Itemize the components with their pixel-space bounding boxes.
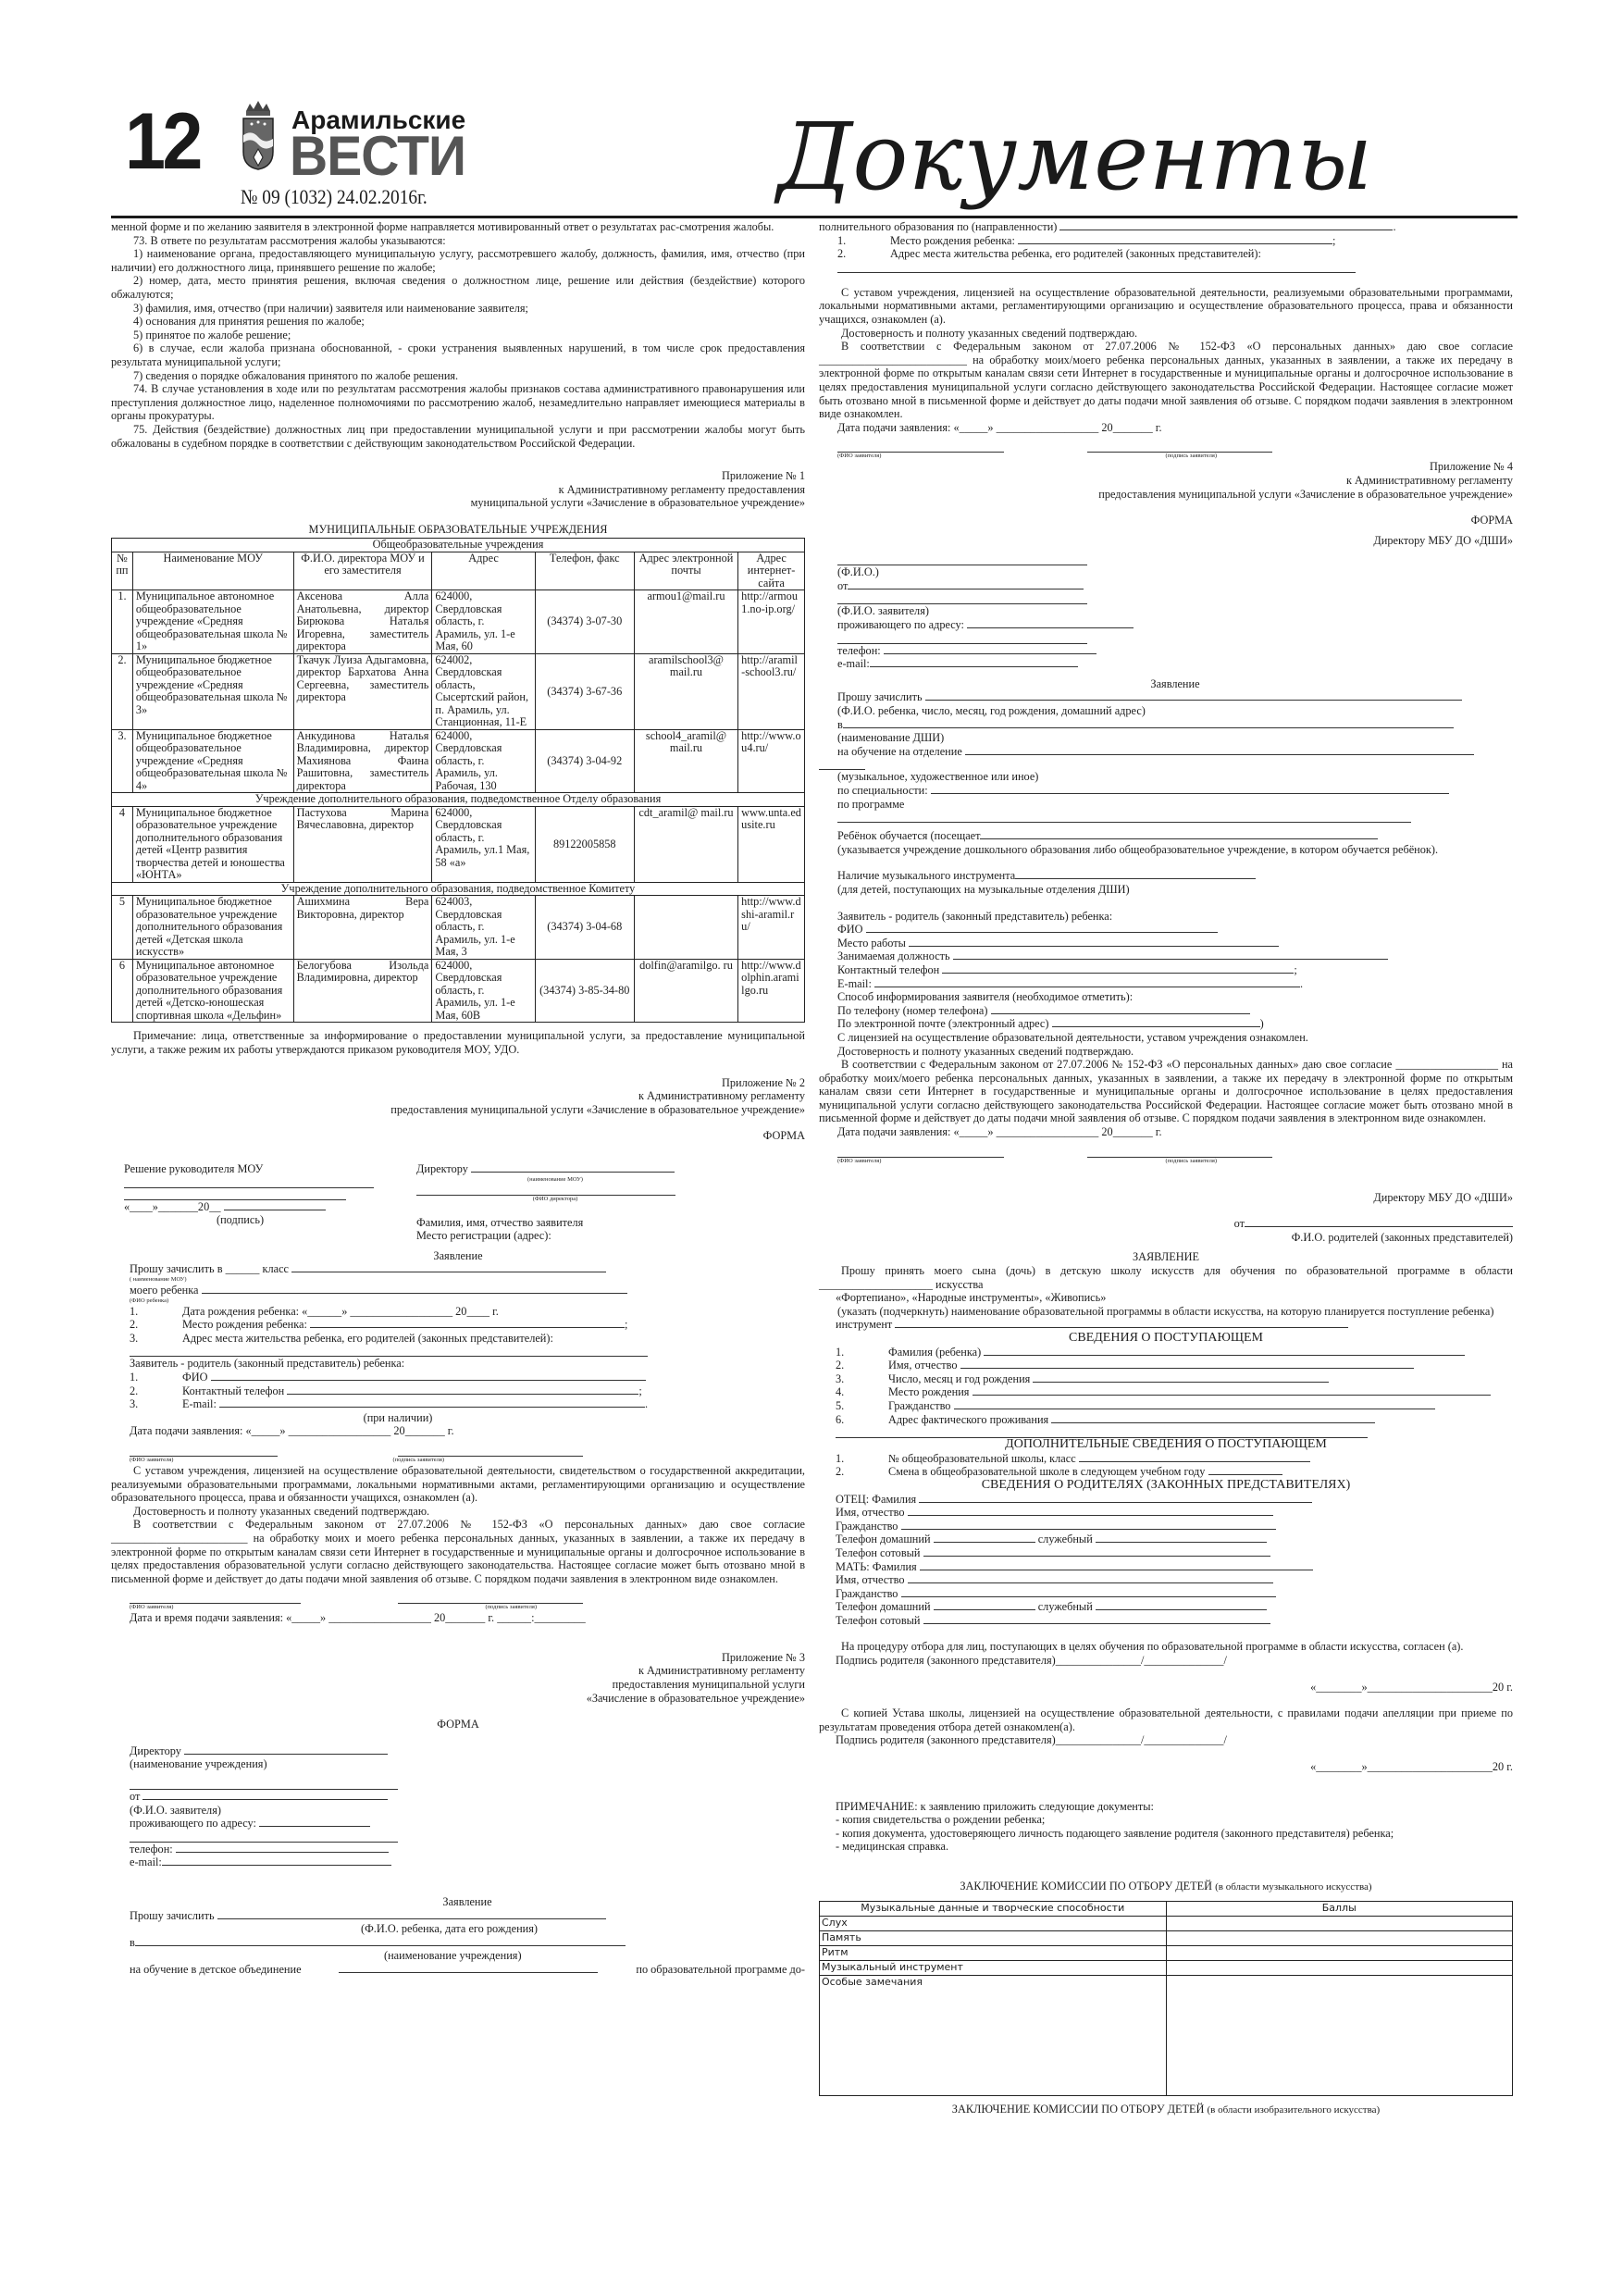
criterion-label: Ритм	[820, 1945, 1167, 1960]
institution-phone: (34374) 3-67-36	[535, 653, 634, 729]
parent-field-input[interactable]	[866, 923, 1218, 933]
app3-address-field[interactable]	[259, 1817, 370, 1827]
my-child-label: моего ребенка	[130, 1284, 198, 1297]
father-field-input[interactable]	[908, 1506, 1273, 1516]
numbered-item: 1.Место рождения ребенка: ;	[837, 234, 1513, 248]
numbered-item: 3.Адрес места жительства ребенка, его ро…	[130, 1332, 805, 1346]
form5-date-1[interactable]: «________»______________________20 г.	[819, 1681, 1513, 1694]
app4-enroll-label: Прошу зачислить	[837, 690, 923, 703]
commission-header-cell: Музыкальные данные и творческие способно…	[820, 1901, 1167, 1916]
form5-programs-caption: (указать (подчеркнуть) наименование обра…	[819, 1305, 1513, 1319]
enroll-mou-field[interactable]	[291, 1262, 606, 1272]
item-field[interactable]	[960, 1359, 1414, 1369]
clause-73: 73. В ответе по результатам рассмотрения…	[111, 234, 805, 248]
app4-submit-date[interactable]: Дата подачи заявления: «_____» _________…	[819, 1125, 1513, 1139]
decision-line-1[interactable]	[124, 1176, 374, 1188]
institution-email[interactable]: school4_aramil@ mail.ru	[634, 729, 737, 793]
app3-address-field-2[interactable]	[130, 1831, 398, 1843]
app4-fio-field[interactable]	[837, 553, 1087, 565]
institution-phone: (34374) 3-04-68	[535, 896, 634, 960]
right-child-items: 1.Место рождения ребенка: ;2.Адрес места…	[819, 234, 1513, 261]
child-fio-field[interactable]	[202, 1284, 627, 1294]
table-header-cell: Ф.И.О. директора МОУ и его заместителя	[293, 552, 432, 590]
institution-address: 624000, Свердловская область, г. Арамиль…	[432, 959, 535, 1023]
item-number: 3.	[130, 1332, 182, 1346]
app4-attends-caption: (указывается учреждение дошкольного обра…	[819, 843, 1513, 857]
father-field-label: Телефон домашний	[836, 1533, 931, 1545]
charter-acknowledgement: С уставом учреждения, лицензией на осуще…	[111, 1464, 805, 1505]
parent-field-input[interactable]	[953, 949, 1388, 960]
form5-date-2[interactable]: «________»______________________20 г.	[819, 1760, 1513, 1774]
item-field[interactable]	[1079, 1452, 1310, 1462]
numbered-item: 6.Адрес фактического проживания	[836, 1413, 1513, 1427]
appendix-4-label: Приложение № 4	[819, 460, 1513, 474]
appendix-4-service: предоставления муниципальной услуги «Зач…	[819, 488, 1513, 502]
numbered-item: 1.Фамилия (ребенка)	[836, 1346, 1513, 1359]
row-number: 1.	[112, 590, 133, 654]
music-commission-title: ЗАКЛЮЧЕНИЕ КОМИССИИ ПО ОТБОРУ ДЕТЕЙ	[960, 1880, 1212, 1893]
item-label: Адрес места жительства ребенка, его роди…	[890, 247, 1261, 260]
app4-sign-line-caption: (подпись заявителя)	[1165, 1158, 1217, 1165]
app4-program-label: по программе	[837, 798, 1513, 812]
appendix-4-form-label: ФОРМА	[819, 514, 1513, 527]
commission-row: Слух	[820, 1916, 1513, 1930]
parent-field-row: ФИО	[837, 923, 1513, 937]
app4-address-field[interactable]	[967, 618, 1134, 628]
numbered-item: 3.E-mail: .	[130, 1397, 805, 1411]
item-number: 2.	[837, 247, 890, 261]
item-number: 2.	[130, 1384, 182, 1398]
item-field[interactable]	[954, 1399, 1435, 1409]
right-submit-date[interactable]: Дата подачи заявления: «_____» _________…	[819, 421, 1513, 435]
commission-header-cell: Баллы	[1166, 1901, 1513, 1916]
item-number: 3.	[130, 1397, 182, 1411]
app4-attends-field[interactable]	[980, 829, 1378, 839]
table-header-cell: Телефон, факс	[535, 552, 634, 590]
father-field-row: ОТЕЦ: Фамилия	[836, 1493, 1513, 1507]
table-header-cell: Адрес электронной почты	[634, 552, 737, 590]
item-label: Адрес фактического проживания	[888, 1413, 1048, 1426]
app4-program-field[interactable]	[837, 811, 1411, 823]
institution-website[interactable]: http://www.dolphin.aramilgo.ru	[738, 959, 805, 1023]
app4-fio-line-caption: (ФИО заявителя)	[837, 1158, 881, 1165]
app4-sign-line[interactable]	[1087, 1146, 1272, 1158]
criterion-label: Память	[820, 1930, 1167, 1945]
form5-extra-title: ДОПОЛНИТЕЛЬНЫЕ СВЕДЕНИЯ О ПОСТУПАЮЩЕМ	[819, 1438, 1513, 1452]
app4-from-label: от	[837, 579, 848, 592]
score-cell[interactable]	[1166, 1960, 1513, 1975]
item-number: 4.	[836, 1385, 888, 1399]
director-fio: Белогубова Изольда Владимировна, директо…	[293, 959, 432, 1023]
score-cell[interactable]	[1166, 1975, 1513, 2095]
newspaper-page: 12 Арамильские ВЕСТИ № 09 (1032) 24.02.2…	[0, 0, 1623, 2296]
clause-73-item: 4) основания для принятия решения по жал…	[111, 315, 805, 329]
item-label: Контактный телефон	[182, 1384, 284, 1397]
commission-row: Музыкальный инструмент	[820, 1960, 1513, 1975]
app3-institution-caption-2: (наименование учреждения)	[130, 1949, 805, 1963]
parent-field-label: ФИО	[837, 923, 862, 936]
mother-field-input[interactable]	[901, 1587, 1276, 1597]
app4-fio-line[interactable]	[837, 1146, 1004, 1158]
app3-child-field[interactable]	[217, 1909, 606, 1919]
item-field[interactable]	[310, 1318, 625, 1328]
item-field[interactable]	[1033, 1372, 1329, 1383]
appendix-2-header-block: Решение руководителя МОУ «____»_______20…	[111, 1162, 805, 1243]
father-field-label: Гражданство	[836, 1520, 898, 1533]
institution-address: 624000, Свердловская область, г. Арамиль…	[432, 590, 535, 654]
item-label: Место рождения	[888, 1385, 969, 1398]
item-field[interactable]	[1018, 234, 1332, 244]
table-section-row: Учреждение дополнительного образования, …	[112, 793, 805, 807]
app3-phone-field[interactable]	[176, 1843, 389, 1853]
numbered-item: 1.ФИО	[130, 1371, 805, 1384]
item-field[interactable]	[1051, 1413, 1375, 1423]
section-title: Документы	[777, 111, 1372, 204]
criterion-label: Музыкальный инструмент	[820, 1960, 1167, 1975]
appendix-3-service: предоставления муниципальной услуги	[111, 1678, 805, 1692]
father-field-label: Телефон сотовый	[836, 1546, 920, 1559]
father-field-row: Гражданство	[836, 1520, 1513, 1533]
item-label: Место рождения ребенка:	[182, 1318, 307, 1331]
director-field[interactable]	[471, 1162, 675, 1173]
score-cell[interactable]	[1166, 1930, 1513, 1945]
note-item: - копия свидетельства о рождении ребенка…	[836, 1813, 1513, 1827]
institution-email[interactable]: dolfin@aramilgo. ru	[634, 959, 737, 1023]
numbered-item: 5.Гражданство	[836, 1399, 1513, 1413]
app3-study-field[interactable]	[339, 1963, 598, 1973]
form5-applicant-title: СВЕДЕНИЯ О ПОСТУПАЮЩЕМ	[819, 1332, 1513, 1346]
app3-enroll-label: Прошу зачислить	[130, 1909, 215, 1922]
director-fio: Пастухова Марина Вячеславовна, директор	[293, 806, 432, 882]
masthead: 12 Арамильские ВЕСТИ № 09 (1032) 24.02.2…	[111, 93, 1518, 222]
issue-number-date: № 09 (1032) 24.02.2016г.	[241, 185, 427, 209]
numbered-item: 2.Адрес места жительства ребенка, его ро…	[837, 247, 1513, 261]
numbered-item: 2.Имя, отчество	[836, 1359, 1513, 1372]
art-commission-subtitle: (в области изобразительного искусства)	[1208, 2104, 1381, 2116]
institution-address: 624000, Свердловская область, г. Арамиль…	[432, 806, 535, 882]
numbered-item: 3.Число, месяц и год рождения	[836, 1372, 1513, 1386]
item-field[interactable]	[287, 1384, 638, 1395]
table-section-row: Общеобразовательные учреждения	[112, 539, 805, 552]
city-crest-icon	[241, 98, 276, 170]
app3-email-field[interactable]	[162, 1855, 391, 1866]
item-number: 2.	[836, 1465, 888, 1479]
submit-datetime-field[interactable]: Дата и время подачи заявления: «_____» _…	[130, 1611, 805, 1625]
app3-phone-label: телефон:	[130, 1843, 173, 1855]
app4-parent-label: Заявитель - родитель (законный представи…	[837, 910, 1513, 924]
clause-75: 75. Действия (бездействие) должностных л…	[111, 423, 805, 450]
table-header-cell: Наименование МОУ	[132, 552, 293, 590]
form5-parents-fields: ОТЕЦ: Фамилия Имя, отчество Гражданство …	[819, 1493, 1513, 1628]
signature-caption: (подпись)	[124, 1213, 392, 1227]
mou-caption: (наименование МОУ)	[416, 1176, 694, 1184]
app3-living-label: проживающего по адресу:	[130, 1817, 256, 1830]
app4-by-phone-field[interactable]	[991, 1004, 1250, 1014]
appendix-2-service: предоставления муниципальной услуги «Зач…	[111, 1103, 805, 1117]
item-number: 1.	[130, 1371, 182, 1384]
work-phone-label: служебный	[1038, 1600, 1093, 1613]
decision-line-2[interactable]	[124, 1188, 346, 1200]
institution-website[interactable]: www.unta.edusite.ru	[738, 806, 805, 882]
mother-field-label: Имя, отчество	[836, 1573, 904, 1586]
form5-note-items: - копия свидетельства о рождении ребенка…	[836, 1813, 1513, 1854]
item-label: Гражданство	[888, 1399, 950, 1412]
note-item: - медицинская справка.	[836, 1840, 1513, 1854]
appendix-1-service: муниципальной услуги «Зачисление в образ…	[111, 496, 805, 510]
row-number: 5	[112, 896, 133, 960]
app4-confirm: Достоверность и полноту указанных сведен…	[837, 1045, 1513, 1059]
parent-field-row: Контактный телефон ;	[837, 963, 1513, 977]
table-section-label: Общеобразовательные учреждения	[112, 539, 805, 552]
mother-work-phone-field[interactable]	[1096, 1600, 1267, 1610]
if-any-caption: (при наличии)	[130, 1411, 666, 1425]
brand-name-main: ВЕСТИ	[290, 124, 465, 188]
father-work-phone-field[interactable]	[1096, 1533, 1267, 1543]
father-field-input[interactable]	[901, 1520, 1276, 1530]
item-label: ФИО	[182, 1371, 207, 1384]
item-number: 5.	[836, 1399, 888, 1413]
appendix-3-service-name: «Зачисление в образовательное учреждение…	[111, 1692, 805, 1706]
right-address-field[interactable]	[837, 261, 1356, 273]
app4-attends-label: Ребёнок обучается (посещает	[837, 829, 980, 842]
institution-website[interactable]: http://armou1.no-ip.org/	[738, 590, 805, 654]
signature-applicant-line-2[interactable]	[398, 1592, 583, 1604]
mother-field-input[interactable]	[923, 1614, 1270, 1624]
father-home-phone-field[interactable]	[934, 1533, 1035, 1543]
clause-73-items: 1) наименование органа, предоставляющего…	[111, 247, 805, 382]
app3-institution-field[interactable]	[130, 1778, 398, 1790]
app3-institution-caption: (наименование учреждения)	[130, 1757, 805, 1771]
app4-dshi-field[interactable]	[843, 718, 1454, 728]
numbered-item: 4.Место рождения	[836, 1385, 1513, 1399]
item-label: Число, месяц и год рождения	[888, 1372, 1030, 1385]
app4-instrument-caption: (для детей, поступающих на музыкальные о…	[837, 883, 1513, 897]
table-header-cell: Адрес	[432, 552, 535, 590]
address-field[interactable]	[130, 1345, 648, 1357]
mother-field-row: Телефон домашний служебный	[836, 1600, 1513, 1614]
director-fio-field[interactable]	[416, 1184, 675, 1196]
app4-dept-field-2[interactable]	[819, 758, 865, 770]
app4-by-email-label: По электронной почте (электронный адрес)	[837, 1017, 1049, 1030]
app3-fio-caption: (Ф.И.О. заявителя)	[130, 1804, 805, 1818]
app3-from-label: от	[130, 1790, 140, 1803]
app4-email-field[interactable]	[870, 657, 1078, 667]
app4-dshi-caption: (наименование ДШИ)	[837, 731, 1513, 745]
appendix-4-ref: к Административному регламенту	[819, 474, 1513, 488]
app4-from-field[interactable]	[848, 579, 1084, 590]
director-fio: Анкудинова Наталья Владимировна, директо…	[293, 729, 432, 793]
numbered-item: 2.Контактный телефон ;	[130, 1384, 805, 1398]
mother-field-row: Телефон сотовый	[836, 1614, 1513, 1628]
app3-from-field[interactable]	[142, 1790, 388, 1800]
mother-field-label: Телефон сотовый	[836, 1614, 920, 1627]
institution-email[interactable]: aramilschool3@ mail.ru	[634, 653, 737, 729]
appendix-2-form-label: ФОРМА	[111, 1129, 805, 1143]
item-field[interactable]	[1208, 1465, 1282, 1475]
applicant-parent-label: Заявитель - родитель (законный представи…	[130, 1357, 805, 1371]
app3-institution-field-2[interactable]	[135, 1936, 626, 1946]
commission-row: Особые замечания	[820, 1975, 1513, 2095]
clause-73-item: 3) фамилия, имя, отчество (при наличии) …	[111, 302, 805, 316]
app4-dept-field[interactable]	[965, 745, 1474, 755]
row-number: 3.	[112, 729, 133, 793]
signature-applicant-caption: (подпись заявителя)	[392, 1457, 444, 1464]
mother-field-label: Гражданство	[836, 1587, 898, 1600]
institution-email[interactable]: armou1@mail.ru	[634, 590, 737, 654]
parent-field-input[interactable]	[942, 963, 1294, 974]
row-number: 2.	[112, 653, 133, 729]
parent-field-row: Занимаемая должность	[837, 949, 1513, 963]
right-fio-line[interactable]	[837, 441, 1004, 453]
app4-living-label: проживающего по адресу:	[837, 618, 964, 631]
father-field-row: Телефон домашний служебный	[836, 1533, 1513, 1546]
music-commission-subtitle: (в области музыкального искусства)	[1215, 1881, 1372, 1893]
item-field[interactable]	[984, 1346, 1465, 1356]
score-cell[interactable]	[1166, 1916, 1513, 1930]
form5-signature-1[interactable]: Подпись родителя (законного представител…	[819, 1654, 1513, 1668]
mother-field-input[interactable]	[908, 1573, 1273, 1583]
form5-parents-caption: Ф.И.О. родителей (законных представителе…	[819, 1231, 1513, 1245]
fio-applicant-caption: (ФИО заявителя)	[130, 1457, 173, 1464]
table-row: 2.Муниципальное бюджетное общеобразовате…	[112, 653, 805, 729]
numbered-item: 2.Место рождения ребенка: ;	[130, 1318, 805, 1332]
form5-director: Директору МБУ ДО «ДШИ»	[819, 1191, 1513, 1205]
father-field-input[interactable]	[919, 1493, 1312, 1503]
item-label: E-mail:	[182, 1397, 217, 1410]
registration-label: Место регистрации (адрес):	[416, 1229, 805, 1243]
complaint-answer-intro: менной форме и по желанию заявителя в эл…	[111, 220, 805, 234]
app4-speciality-label: по специальности:	[837, 784, 928, 797]
form5-parents-title: СВЕДЕНИЯ О РОДИТЕЛЯХ (ЗАКОННЫХ ПРЕДСТАВИ…	[819, 1479, 1513, 1493]
appendix-1-label: Приложение № 1	[111, 469, 805, 483]
form5-from-field[interactable]	[1245, 1217, 1513, 1227]
appendix-1-ref: к Административному регламенту предостав…	[111, 483, 805, 497]
mother-field-row: МАТЬ: Фамилия	[836, 1560, 1513, 1574]
app4-address-field-2[interactable]	[837, 632, 1087, 644]
app4-by-email-field[interactable]	[1052, 1017, 1260, 1027]
app4-dept-label: на обучение на отделение	[837, 745, 962, 758]
father-field-input[interactable]	[923, 1546, 1270, 1557]
appendix-3-label: Приложение № 3	[111, 1651, 805, 1665]
mother-field-label: Телефон домашний	[836, 1600, 931, 1613]
parent-field-label: Место работы	[837, 937, 906, 949]
app4-instrument-field[interactable]	[1015, 869, 1256, 879]
item-number: 3.	[836, 1372, 888, 1386]
parent-field-input[interactable]	[874, 977, 1300, 987]
fio-applicant-line[interactable]	[130, 1445, 278, 1457]
app3-director-field[interactable]	[184, 1744, 388, 1755]
score-cell[interactable]	[1166, 1945, 1513, 1960]
mother-home-phone-field[interactable]	[934, 1600, 1035, 1610]
parent-field-input[interactable]	[909, 937, 1279, 947]
parent-field-label: Контактный телефон	[837, 963, 939, 976]
app4-consent: В соответствии с Федеральным законом от …	[819, 1058, 1513, 1125]
right-confirm: Достоверность и полноту указанных сведен…	[819, 327, 1513, 341]
father-field-row: Телефон сотовый	[836, 1546, 1513, 1560]
form5-title: ЗАЯВЛЕНИЕ	[819, 1250, 1513, 1264]
item-number: 2.	[836, 1359, 888, 1372]
institution-phone: (34374) 3-07-30	[535, 590, 634, 654]
app4-from-field-2[interactable]	[837, 592, 1087, 604]
institution-address: 624002, Свердловская область, Сысертский…	[432, 653, 535, 729]
signature-applicant-line[interactable]	[398, 1445, 583, 1457]
clause-73-item: 6) в случае, если жалоба признана обосно…	[111, 341, 805, 368]
fio-applicant-line-2[interactable]	[130, 1592, 301, 1604]
direction-field[interactable]	[1059, 220, 1393, 230]
institution-name: Муниципальное бюджетное общеобразователь…	[132, 729, 293, 793]
item-label: Место рождения ребенка:	[890, 234, 1015, 247]
form5-instrument-field[interactable]	[895, 1318, 1348, 1328]
row-number: 4	[112, 806, 133, 882]
item-field[interactable]	[973, 1385, 1491, 1396]
director-fio: Ашихмина Вера Викторовна, директор	[293, 896, 432, 960]
app4-license: С лицензией на осуществление образовател…	[837, 1031, 1513, 1045]
institution-website[interactable]: http://www.dshi-aramil.ru/	[738, 896, 805, 960]
director-fio-caption: (ФИО директора)	[416, 1196, 694, 1203]
item-label: № общеобразовательной школы, класс	[888, 1452, 1076, 1465]
app3-statement-heading: Заявление	[130, 1895, 805, 1909]
app4-speciality-field[interactable]	[931, 784, 1449, 794]
institution-name: Муниципальное автономное общеобразовател…	[132, 590, 293, 654]
commission-row: Память	[820, 1930, 1513, 1945]
item-field[interactable]	[211, 1371, 646, 1381]
institution-website[interactable]: http://aramil-school3.ru/	[738, 653, 805, 729]
app4-parent-fields: ФИО Место работы Занимаемая должность Ко…	[837, 923, 1513, 990]
director-fio: Аксенова Алла Анатольевна, директор Бирю…	[293, 590, 432, 654]
clause-73-item: 5) принятое по жалобе решение;	[111, 329, 805, 342]
table-header-cell: Адрес интернет-сайта	[738, 552, 805, 590]
applicant-fio-label: Фамилия, имя, отчество заявителя	[416, 1216, 805, 1230]
item-label: Адрес места жительства ребенка, его роди…	[182, 1332, 553, 1345]
form5-selection-consent: На процедуру отбора для лиц, поступающих…	[819, 1640, 1513, 1654]
table-header-row: № ппНаименование МОУФ.И.О. директора МОУ…	[112, 552, 805, 590]
institution-website[interactable]: http://www.ou4.ru/	[738, 729, 805, 793]
item-label: Смена в общеобразовательной школе в след…	[888, 1465, 1205, 1478]
signature-line[interactable]	[224, 1200, 326, 1210]
app4-child-field[interactable]	[925, 690, 1462, 701]
commission-header-row: Музыкальные данные и творческие способно…	[820, 1901, 1513, 1916]
app4-by-phone-label: По телефону (номер телефона)	[837, 1004, 987, 1017]
table-header-cell: № пп	[112, 552, 133, 590]
institution-email[interactable]: cdt_aramil@ mail.ru	[634, 806, 737, 882]
app3-study-label: на обучение в детское объединение	[130, 1963, 302, 1977]
institution-phone: (34374) 3-04-92	[535, 729, 634, 793]
app4-child-caption: (Ф.И.О. ребенка, число, месяц, год рожде…	[837, 704, 1513, 718]
mother-field-input[interactable]	[920, 1560, 1313, 1570]
item-label: Имя, отчество	[888, 1359, 957, 1371]
statement-heading: Заявление	[111, 1249, 805, 1263]
right-sign-line[interactable]	[1087, 441, 1272, 453]
item-field[interactable]	[219, 1397, 645, 1408]
institution-email[interactable]	[634, 896, 737, 960]
item-number: 1.	[836, 1346, 888, 1359]
institution-name: Муниципальное бюджетное общеобразователь…	[132, 653, 293, 729]
item-number: 1.	[837, 234, 890, 248]
institution-name: Муниципальное бюджетное образовательное …	[132, 806, 293, 882]
decision-date[interactable]: «____»_______20__	[124, 1200, 221, 1213]
form5-signature-2[interactable]: Подпись родителя (законного представител…	[819, 1733, 1513, 1747]
institutions-title: МУНИЦИПАЛЬНЫЕ ОБРАЗОВАТЕЛЬНЫЕ УЧРЕЖДЕНИЯ	[111, 523, 805, 537]
form5-instrument-label: инструмент	[836, 1318, 892, 1331]
mother-field-label: МАТЬ: Фамилия	[836, 1560, 917, 1573]
app4-applicant-caption: (Ф.И.О. заявителя)	[837, 604, 1513, 618]
app4-instrument-label: Наличие музыкального инструмента	[837, 869, 1015, 882]
submit-date-field[interactable]: Дата подачи заявления: «_____» _________…	[130, 1424, 805, 1438]
table-section-row: Учреждение дополнительного образования, …	[112, 882, 805, 896]
app4-phone-field[interactable]	[884, 644, 1096, 654]
row-number: 6	[112, 959, 133, 1023]
criterion-label: Особые замечания	[820, 1975, 1167, 2095]
